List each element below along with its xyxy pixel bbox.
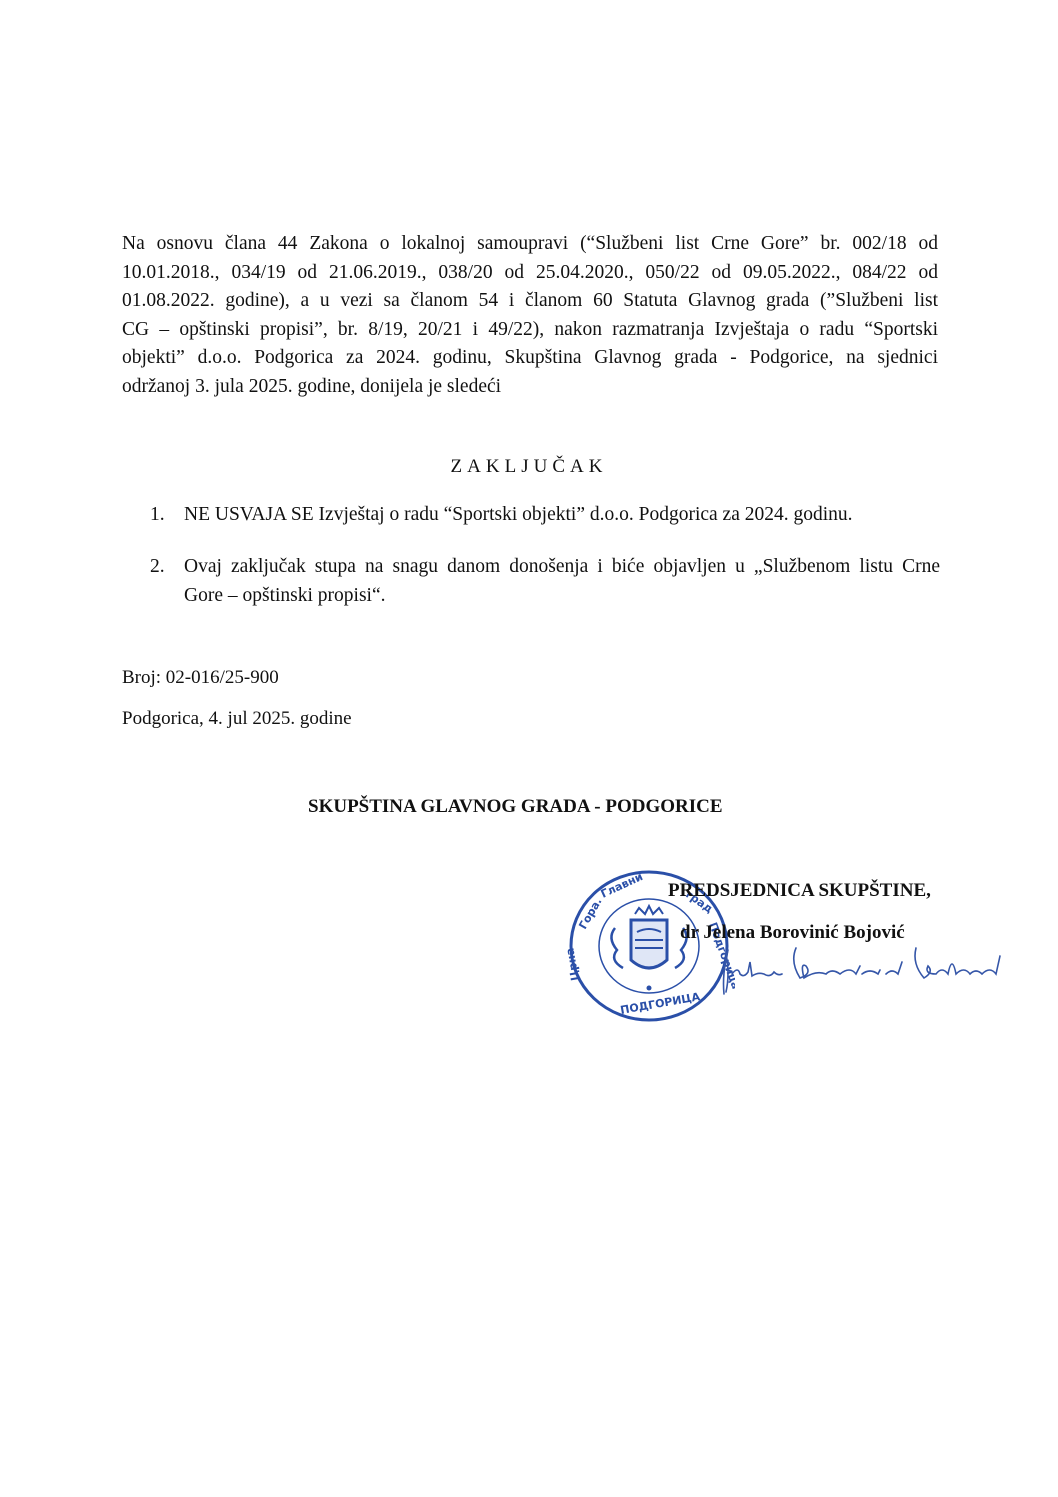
svg-text:Главни: Главни: [599, 870, 645, 901]
handwritten-signature-icon: [720, 944, 1020, 1000]
svg-text:ПОДГОРИЦА: ПОДГОРИЦА: [619, 990, 701, 1017]
item-text: Gore – opštinski propisi“.: [184, 581, 940, 610]
organization-name: SKUPŠTINA GLAVNOG GRADA - PODGORICE: [308, 796, 723, 818]
signatory-title: PREDSJEDNICA SKUPŠTINE,: [668, 880, 931, 902]
preamble-line: CG – opštinski propisi”, br. 8/19, 20/21…: [122, 316, 938, 345]
svg-text:Гора.: Гора.: [576, 896, 604, 932]
preamble-line: 10.01.2018., 034/19 od 21.06.2019., 038/…: [122, 259, 938, 288]
preamble-line: Na osnovu člana 44 Zakona o lokalnoj sam…: [122, 230, 938, 259]
item-text: NE USVAJA SE Izvještaj o radu “Sportski …: [184, 500, 940, 529]
signatory-name: dr Jelena Borovinić Bojović: [680, 922, 905, 944]
document-page: Na osnovu člana 44 Zakona o lokalnoj sam…: [0, 0, 1058, 1497]
item-text: Ovaj zaključak stupa na snagu danom dono…: [184, 552, 940, 581]
preamble-line: objekti” d.o.o. Podgorica za 2024. godin…: [122, 344, 938, 373]
place-date: Podgorica, 4. jul 2025. godine: [122, 708, 352, 730]
preamble-line: održanoj 3. jula 2025. godine, donijela …: [122, 373, 938, 402]
svg-text:Црна: Црна: [565, 947, 582, 982]
preamble-line: 01.08.2022. godine), a u vezi sa članom …: [122, 287, 938, 316]
reference-number: Broj: 02-016/25-900: [122, 667, 279, 689]
document-title: ZAKLJUČAK: [0, 456, 1058, 478]
item-number: 2.: [150, 552, 165, 581]
preamble-paragraph: Na osnovu člana 44 Zakona o lokalnoj sam…: [122, 230, 938, 402]
item-number: 1.: [150, 500, 165, 529]
